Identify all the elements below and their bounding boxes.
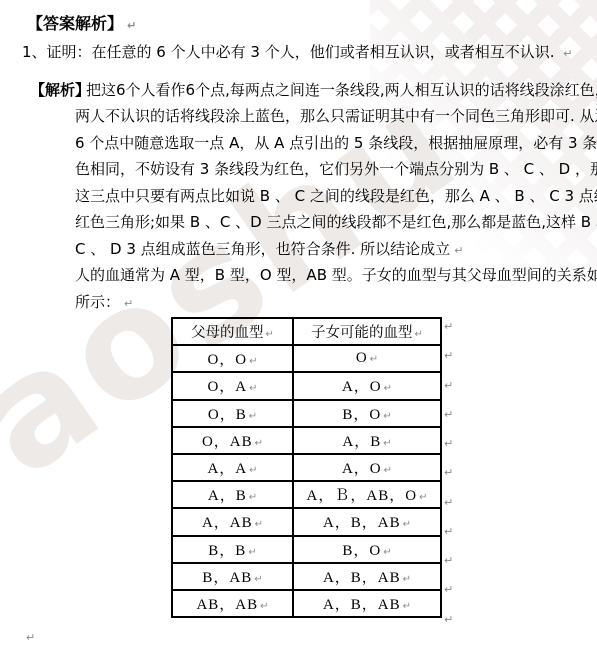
table-row: O，A↵ A，O↵ xyxy=(172,372,441,399)
cell-mark-icon: ↵ xyxy=(383,547,391,558)
problem-text: 1、证明：在任意的 6 个人中必有 3 个人，他们或者相互认识，或者相互不认识. xyxy=(22,43,559,61)
children-cell: B，O↵ xyxy=(293,536,441,563)
parents-cell: A，A↵ xyxy=(172,454,293,481)
table-row: O，B↵ B，O↵ xyxy=(172,400,441,427)
analysis-line-text: C 、 D 3 点组成蓝色三角形，也符合条件. 所以结论成立 xyxy=(75,240,450,258)
header-parents-blood-type: 父母的血型↵ xyxy=(172,318,293,345)
cell-mark-icon: ↵ xyxy=(249,492,257,503)
title-text: 【答案解析】 xyxy=(27,14,123,33)
parents-cell: A，B↵ xyxy=(172,481,293,508)
analysis-line: 6 个点中随意选取一点 A，从 A 点引出的 5 条线段，根据抽屉原理，必有 3… xyxy=(75,130,591,156)
parents-cell: B，B↵ xyxy=(172,536,293,563)
table-row: O，AB↵ A，B↵ xyxy=(172,427,441,454)
return-mark-icon: ↵ xyxy=(444,522,464,551)
return-mark-icon: ↵ xyxy=(454,244,463,257)
table-row: A，A↵ A，O↵ xyxy=(172,454,441,481)
return-mark-icon: ↵ xyxy=(444,493,464,522)
cell-mark-icon: ↵ xyxy=(266,329,274,340)
table-row: B，B↵ B，O↵ xyxy=(172,536,441,563)
return-mark-icon: ↵ xyxy=(26,631,35,644)
problem-statement: 1、证明：在任意的 6 个人中必有 3 个人，他们或者相互认识，或者相互不认识.… xyxy=(22,41,572,62)
analysis-line: 把这6个人看作6个点,每两点之间连一条线段,两人相互认识的话将线段涂红色， xyxy=(75,77,591,103)
answer-analysis-title: 【答案解析】↵ xyxy=(27,11,136,34)
return-mark-icon: ↵ xyxy=(444,405,464,434)
table-row: O，O↵ O↵ xyxy=(172,345,441,372)
children-cell: A，O↵ xyxy=(293,454,441,481)
cell-mark-icon: ↵ xyxy=(403,519,411,530)
cell-mark-icon: ↵ xyxy=(384,465,392,476)
parents-cell: A，AB↵ xyxy=(172,508,293,535)
cell-mark-icon: ↵ xyxy=(249,411,257,422)
parents-cell: AB，AB↵ xyxy=(172,590,293,617)
header-children-blood-type: 子女可能的血型↵ xyxy=(293,318,441,345)
return-mark-icon: ↵ xyxy=(444,463,464,492)
return-mark-icon: ↵ xyxy=(127,19,136,32)
table-header-row: 父母的血型↵ 子女可能的血型↵ xyxy=(172,318,441,345)
analysis-line: 红色三角形;如果 B 、C 、D 三点之间的线段都不是红色,那么都是蓝色,这样 … xyxy=(75,209,591,235)
return-mark-icon: ↵ xyxy=(124,297,133,310)
cell-mark-icon: ↵ xyxy=(255,438,263,449)
cell-mark-icon: ↵ xyxy=(255,519,263,530)
cell-mark-icon: ↵ xyxy=(248,547,256,558)
return-mark-icon: ↵ xyxy=(444,580,464,609)
return-mark-icon: ↵ xyxy=(444,376,464,405)
blood-intro-text: 所示： xyxy=(75,293,120,311)
parents-cell: B，AB↵ xyxy=(172,563,293,590)
children-cell: O↵ xyxy=(293,345,441,372)
children-cell: A，Ｂ，AB，O↵ xyxy=(293,481,441,508)
blood-type-table: 父母的血型↵ 子女可能的血型↵ O，O↵ O↵ O，A↵ A，O↵ O，B↵ B… xyxy=(171,317,442,618)
table-row: A，AB↵ A，B，AB↵ xyxy=(172,508,441,535)
children-cell: A，B，AB↵ xyxy=(293,563,441,590)
cell-mark-icon: ↵ xyxy=(384,383,392,394)
parents-cell: O，A↵ xyxy=(172,372,293,399)
table-row: AB，AB↵ A，B，AB↵ xyxy=(172,590,441,617)
children-cell: A，B，AB↵ xyxy=(293,590,441,617)
parents-cell: O，B↵ xyxy=(172,400,293,427)
cell-mark-icon: ↵ xyxy=(249,465,257,476)
table-row-end-marks: ↵ ↵ ↵ ↵ ↵ ↵ ↵ ↵ ↵ ↵ ↵ xyxy=(444,317,464,639)
parents-cell: O，O↵ xyxy=(172,345,293,372)
analysis-line: 两人不认识的话将线段涂上蓝色，那么只需证明其中有一个同色三角形即可. 从这 xyxy=(75,103,591,129)
analysis-paragraph: 把这6个人看作6个点,每两点之间连一条线段,两人相互认识的话将线段涂红色， 两人… xyxy=(75,77,591,315)
children-cell: A，B↵ xyxy=(293,427,441,454)
cell-mark-icon: ↵ xyxy=(403,574,411,585)
cell-mark-icon: ↵ xyxy=(254,574,262,585)
table-row: B，AB↵ A，B，AB↵ xyxy=(172,563,441,590)
cell-mark-icon: ↵ xyxy=(419,492,427,503)
return-mark-icon: ↵ xyxy=(444,610,464,639)
return-mark-icon: ↵ xyxy=(444,317,464,346)
cell-mark-icon: ↵ xyxy=(403,601,411,612)
return-mark-icon: ↵ xyxy=(444,551,464,580)
return-mark-icon: ↵ xyxy=(444,346,464,375)
cell-mark-icon: ↵ xyxy=(260,601,268,612)
cell-mark-icon: ↵ xyxy=(249,356,257,367)
cell-mark-icon: ↵ xyxy=(383,438,391,449)
blood-intro-line: 人的血通常为 A 型，B 型，O 型，AB 型。子女的血型与其父母血型间的关系如… xyxy=(75,262,591,288)
analysis-line: C 、 D 3 点组成蓝色三角形，也符合条件. 所以结论成立↵ xyxy=(75,236,591,262)
return-mark-icon: ↵ xyxy=(444,434,464,463)
return-mark-icon: ↵ xyxy=(563,47,572,60)
analysis-line: 这三点中只要有两点比如说 B 、 C 之间的线段是红色，那么 A 、 B 、 C… xyxy=(75,183,591,209)
parents-cell: O，AB↵ xyxy=(172,427,293,454)
children-cell: A，B，AB↵ xyxy=(293,508,441,535)
cell-mark-icon: ↵ xyxy=(415,329,423,340)
cell-mark-icon: ↵ xyxy=(249,383,257,394)
children-cell: B，O↵ xyxy=(293,400,441,427)
blood-intro-line: 所示：↵ xyxy=(75,289,591,315)
cell-mark-icon: ↵ xyxy=(383,411,391,422)
cell-mark-icon: ↵ xyxy=(370,354,378,365)
analysis-line: 色相同，不妨设有 3 条线段为红色，它们另外一个端点分别为 B 、 C 、 D … xyxy=(75,156,591,182)
children-cell: A，O↵ xyxy=(293,372,441,399)
table-row: A，B↵ A，Ｂ，AB，O↵ xyxy=(172,481,441,508)
